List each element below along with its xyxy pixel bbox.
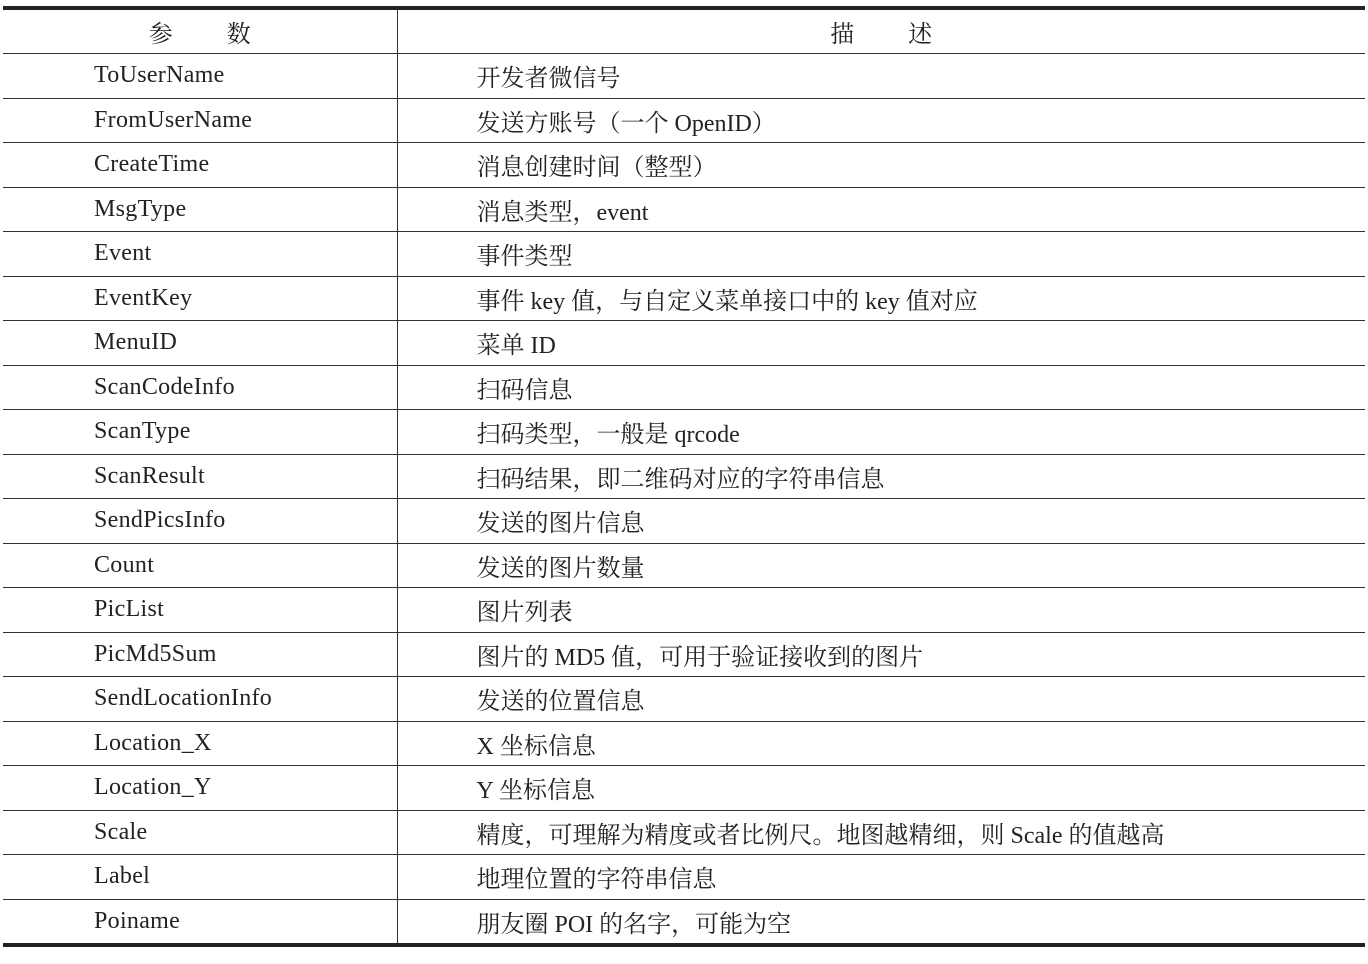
param-cell: PicList bbox=[3, 588, 397, 633]
table-header-row: 参数 描述 bbox=[3, 8, 1365, 54]
desc-cell: 事件类型 bbox=[397, 232, 1365, 277]
param-cell: PicMd5Sum bbox=[3, 632, 397, 677]
param-cell: CreateTime bbox=[3, 143, 397, 188]
table-row: ScanType扫码类型，一般是 qrcode bbox=[3, 410, 1365, 455]
parameter-table: 参数 描述 ToUserName开发者微信号 FromUserName发送方账号… bbox=[3, 6, 1365, 947]
desc-cell: 开发者微信号 bbox=[397, 54, 1365, 99]
param-cell: Location_Y bbox=[3, 766, 397, 811]
param-cell: Label bbox=[3, 855, 397, 900]
header-param-char-2: 数 bbox=[227, 14, 251, 49]
desc-cell: 扫码类型，一般是 qrcode bbox=[397, 410, 1365, 455]
table-row: EventKey事件 key 值，与自定义菜单接口中的 key 值对应 bbox=[3, 276, 1365, 321]
desc-cell: 消息类型，event bbox=[397, 187, 1365, 232]
desc-cell: 扫码结果，即二维码对应的字符串信息 bbox=[397, 454, 1365, 499]
param-cell: Poiname bbox=[3, 899, 397, 945]
param-cell: Count bbox=[3, 543, 397, 588]
table-row: SendLocationInfo发送的位置信息 bbox=[3, 677, 1365, 722]
table-row: Event事件类型 bbox=[3, 232, 1365, 277]
param-cell: ScanType bbox=[3, 410, 397, 455]
table-row: Scale精度，可理解为精度或者比例尺。地图越精细，则 Scale 的值越高 bbox=[3, 810, 1365, 855]
table-row: SendPicsInfo发送的图片信息 bbox=[3, 499, 1365, 544]
table-row: ToUserName开发者微信号 bbox=[3, 54, 1365, 99]
desc-cell: 精度，可理解为精度或者比例尺。地图越精细，则 Scale 的值越高 bbox=[397, 810, 1365, 855]
table-row: MsgType消息类型，event bbox=[3, 187, 1365, 232]
header-param: 参数 bbox=[3, 8, 397, 54]
param-cell: EventKey bbox=[3, 276, 397, 321]
param-cell: FromUserName bbox=[3, 98, 397, 143]
table-row: Count发送的图片数量 bbox=[3, 543, 1365, 588]
desc-cell: 发送方账号（一个 OpenID） bbox=[397, 98, 1365, 143]
desc-cell: X 坐标信息 bbox=[397, 721, 1365, 766]
table-row: MenuID菜单 ID bbox=[3, 321, 1365, 366]
desc-cell: 发送的图片数量 bbox=[397, 543, 1365, 588]
param-cell: SendLocationInfo bbox=[3, 677, 397, 722]
table-row: Poiname朋友圈 POI 的名字，可能为空 bbox=[3, 899, 1365, 945]
desc-cell: 图片列表 bbox=[397, 588, 1365, 633]
table-row: Label地理位置的字符串信息 bbox=[3, 855, 1365, 900]
table-row: Location_YY 坐标信息 bbox=[3, 766, 1365, 811]
desc-cell: 消息创建时间（整型） bbox=[397, 143, 1365, 188]
param-cell: SendPicsInfo bbox=[3, 499, 397, 544]
param-cell: MenuID bbox=[3, 321, 397, 366]
param-cell: Event bbox=[3, 232, 397, 277]
desc-cell: 发送的图片信息 bbox=[397, 499, 1365, 544]
param-cell: ScanCodeInfo bbox=[3, 365, 397, 410]
desc-cell: 地理位置的字符串信息 bbox=[397, 855, 1365, 900]
table-row: ScanCodeInfo扫码信息 bbox=[3, 365, 1365, 410]
table-row: PicMd5Sum图片的 MD5 值，可用于验证接收到的图片 bbox=[3, 632, 1365, 677]
param-cell: ToUserName bbox=[3, 54, 397, 99]
param-cell: ScanResult bbox=[3, 454, 397, 499]
desc-cell: 扫码信息 bbox=[397, 365, 1365, 410]
param-cell: Location_X bbox=[3, 721, 397, 766]
desc-cell: 图片的 MD5 值，可用于验证接收到的图片 bbox=[397, 632, 1365, 677]
desc-cell: Y 坐标信息 bbox=[397, 766, 1365, 811]
table-row: ScanResult扫码结果，即二维码对应的字符串信息 bbox=[3, 454, 1365, 499]
table-row: PicList图片列表 bbox=[3, 588, 1365, 633]
table-row: FromUserName发送方账号（一个 OpenID） bbox=[3, 98, 1365, 143]
desc-cell: 朋友圈 POI 的名字，可能为空 bbox=[397, 899, 1365, 945]
param-cell: Scale bbox=[3, 810, 397, 855]
header-desc-char-2: 述 bbox=[908, 14, 932, 49]
param-cell: MsgType bbox=[3, 187, 397, 232]
table-row: CreateTime消息创建时间（整型） bbox=[3, 143, 1365, 188]
table-row: Location_XX 坐标信息 bbox=[3, 721, 1365, 766]
desc-cell: 菜单 ID bbox=[397, 321, 1365, 366]
parameter-table-container: 参数 描述 ToUserName开发者微信号 FromUserName发送方账号… bbox=[3, 6, 1365, 947]
header-param-char-1: 参 bbox=[149, 14, 173, 49]
header-desc: 描述 bbox=[397, 8, 1365, 54]
desc-cell: 事件 key 值，与自定义菜单接口中的 key 值对应 bbox=[397, 276, 1365, 321]
desc-cell: 发送的位置信息 bbox=[397, 677, 1365, 722]
header-desc-char-1: 描 bbox=[830, 14, 854, 49]
